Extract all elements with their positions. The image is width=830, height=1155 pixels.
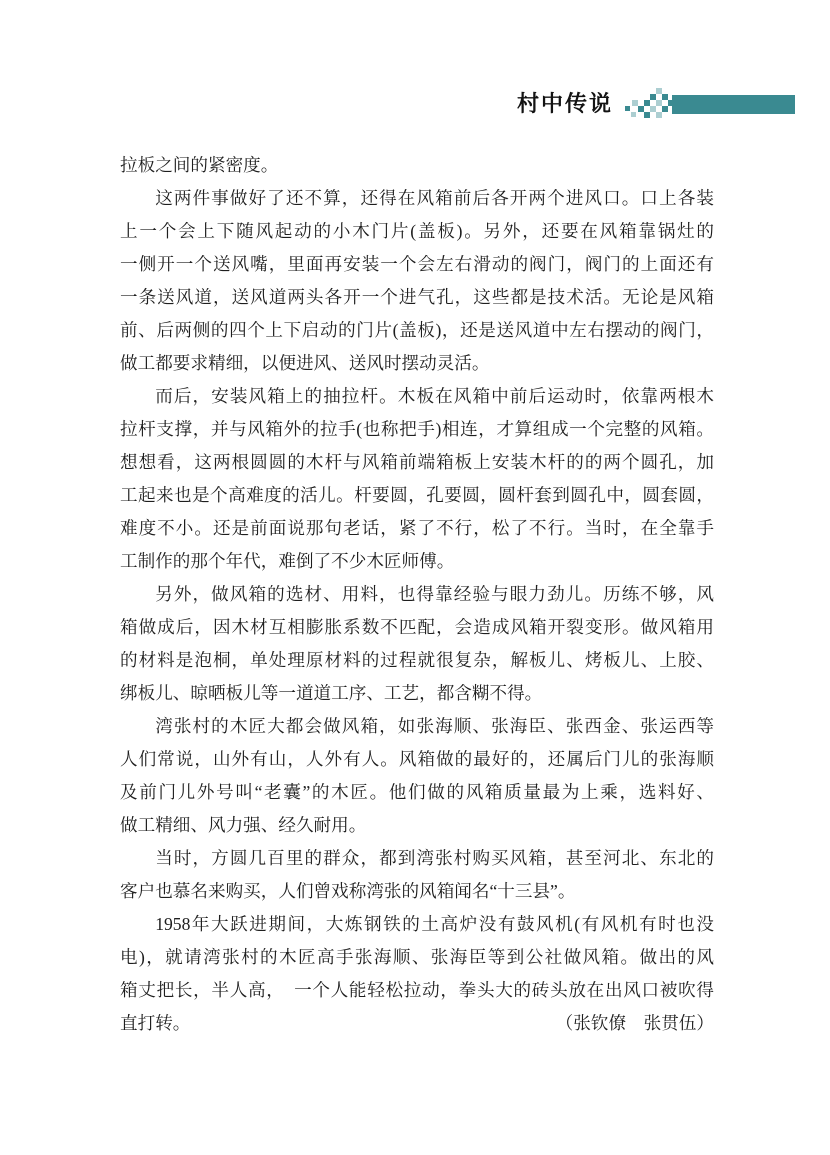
- text-line: 想想看，这两根圆圆的木杆与风箱前端箱板上安装木杆的的两个圆孔，加: [120, 446, 714, 479]
- paragraph: 另外，做风箱的选材、用料，也得靠经验与眼力劲儿。历练不够，风箱做成后，因木材互相…: [120, 578, 714, 710]
- text-line: 人们常说，山外有山，人外有人。风箱做的最好的，还属后门儿的张海顺: [120, 743, 714, 776]
- text-line: 这两件事做好了还不算，还得在风箱前后各开两个进风口。口上各装: [120, 182, 714, 215]
- paragraphs: 拉板之间的紧密度。这两件事做好了还不算，还得在风箱前后各开两个进风口。口上各装上…: [120, 149, 714, 1040]
- paragraph: 湾张村的木匠大都会做风箱，如张海顺、张海臣、张西金、张运西等人。人们常说，山外有…: [120, 710, 714, 842]
- text-line: 工起来也是个高难度的活儿。杆要圆，孔要圆，圆杆套到圆孔中，圆套圆，: [120, 479, 714, 512]
- text-line: 湾张村的木匠大都会做风箱，如张海顺、张海臣、张西金、张运西等人。: [120, 710, 714, 743]
- text-line: 一侧开一个送风嘴，里面再安装一个会左右滑动的阀门，阀门的上面还有: [120, 248, 714, 281]
- text-line: 做工都要求精细，以便进风、送风时摆动灵活。: [120, 347, 714, 380]
- paragraph: 而后，安装风箱上的抽拉杆。木板在风箱中前后运动时，依靠两根木拉杆支撑，并与风箱外…: [120, 380, 714, 578]
- page-body: 拉板之间的紧密度。这两件事做好了还不算，还得在风箱前后各开两个进风口。口上各装上…: [120, 149, 714, 1040]
- text-line: 而后，安装风箱上的抽拉杆。木板在风箱中前后运动时，依靠两根木: [120, 380, 714, 413]
- text-line: 另外，做风箱的选材、用料，也得靠经验与眼力劲儿。历练不够，风: [120, 578, 714, 611]
- text-line: 箱做成后，因木材互相膨胀系数不匹配，会造成风箱开裂变形。做风箱用: [120, 611, 714, 644]
- text-line: 难度不小。还是前面说那句老话，紧了不行，松了不行。当时，在全靠手: [120, 512, 714, 545]
- text-line: 箱丈把长，半人高， 一个人能轻松拉动，拳头大的砖头放在出风口被吹得: [120, 974, 714, 1007]
- text-line: 前、后两侧的四个上下启动的门片(盖板)，还是送风道中左右摆动的阀门，: [120, 314, 714, 347]
- section-title: 村中传说: [517, 93, 613, 115]
- paragraph: 这两件事做好了还不算，还得在风箱前后各开两个进风口。口上各装上一个会上下随风起动…: [120, 182, 714, 380]
- book-page: 村中传说 拉板之间的紧密度。这两件事做好了还不算，还得在风箱前后各开两个进风口。…: [0, 0, 830, 1155]
- paragraph: 当时，方圆几百里的群众，都到湾张村购买风箱，甚至河北、东北的客户也慕名来购买，人…: [120, 842, 714, 908]
- text-line: 当时，方圆几百里的群众，都到湾张村购买风箱，甚至河北、东北的: [120, 842, 714, 875]
- author-attribution: （张钦僚 张贯伍）: [120, 1007, 714, 1040]
- text-line: 电)，就请湾张村的木匠高手张海顺、张海臣等到公社做风箱。做出的风: [120, 941, 714, 974]
- text-line: 拉杆支撑，并与风箱外的拉手(也称把手)相连，才算组成一个完整的风箱。: [120, 413, 714, 446]
- text-line: 一条送风道，送风道两头各开一个进气孔，这些都是技术活。无论是风箱: [120, 281, 714, 314]
- header-accent-bar: [672, 95, 795, 114]
- text-line: 及前门儿外号叫“老囊”的木匠。他们做的风箱质量最为上乘，选料好、: [120, 776, 714, 809]
- text-line: 客户也慕名来购买，人们曾戏称湾张的风箱闻名“十三县”。: [120, 875, 714, 908]
- checkerboard-ornament-icon: [620, 87, 672, 121]
- text-line: 绑板儿、晾晒板儿等一道道工序、工艺，都含糊不得。: [120, 677, 714, 710]
- text-line: 拉板之间的紧密度。: [120, 149, 714, 182]
- page-header: 村中传说: [0, 86, 830, 122]
- text-line: 做工精细、风力强、经久耐用。: [120, 809, 714, 842]
- paragraph: 拉板之间的紧密度。: [120, 149, 714, 182]
- text-line: 的材料是泡桐，单处理原材料的过程就很复杂，解板儿、烤板儿、上胶、: [120, 644, 714, 677]
- text-line: 工制作的那个年代，难倒了不少木匠师傅。: [120, 545, 714, 578]
- text-line: 1958年大跃进期间，大炼钢铁的土高炉没有鼓风机(有风机有时也没: [120, 908, 714, 941]
- text-line: 上一个会上下随风起动的小木门片(盖板)。另外，还要在风箱靠锅灶的: [120, 215, 714, 248]
